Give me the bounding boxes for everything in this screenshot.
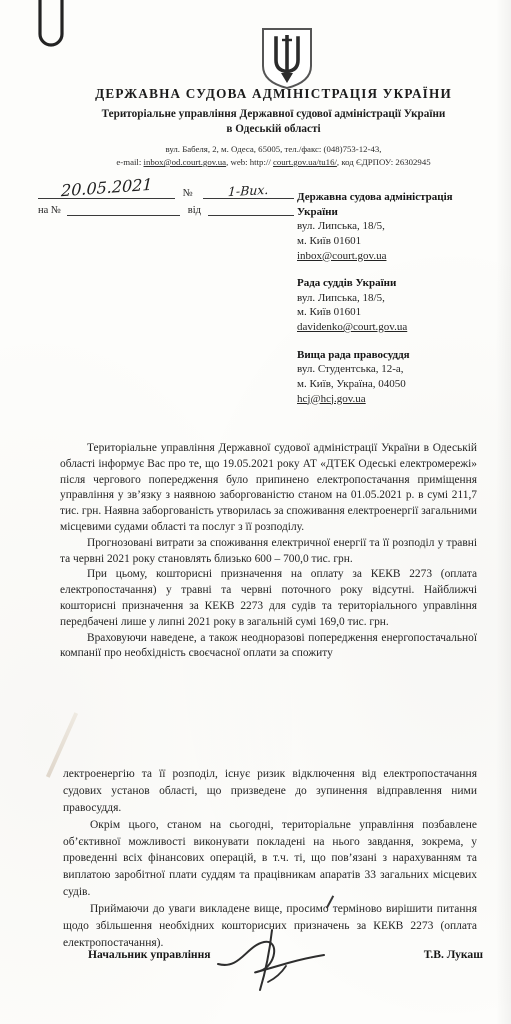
handwritten-date: 20.05.2021 xyxy=(60,175,152,201)
org-name: ДЕРЖАВНА СУДОВА АДМІНІСТРАЦІЯ УКРАЇНИ xyxy=(58,86,489,102)
body-text-page1: Територіальне управління Державної судов… xyxy=(60,441,477,662)
reply-date-field xyxy=(208,202,294,216)
contact-lines: вул. Бабеля, 2, м. Одеса, 65005, тел./фа… xyxy=(58,143,489,169)
recipient-email: inbox@court.gov.ua xyxy=(297,249,479,264)
paragraph: Враховуючи наведене, а також неодноразов… xyxy=(60,631,477,663)
letterhead: ДЕРЖАВНА СУДОВА АДМІНІСТРАЦІЯ УКРАЇНИ Те… xyxy=(58,86,489,169)
division-line1: Територіальне управління Державної судов… xyxy=(58,107,489,122)
recipients-list: Державна судова адміністрація України ву… xyxy=(297,190,479,419)
contact-line2: e-mail: inbox@od.court.gov.ua, web: http… xyxy=(58,156,489,169)
recipient-address1: вул. Студентська, 12-а, xyxy=(297,362,479,377)
org-email: inbox@od.court.gov.ua xyxy=(144,157,227,167)
reply-date-label: від xyxy=(188,205,201,216)
recipient-address1: вул. Липська, 18/5, xyxy=(297,219,479,234)
outgoing-date-field: 20.05.2021 xyxy=(38,178,175,199)
recipient-council-of-judges: Рада суддів України вул. Липська, 18/5, … xyxy=(297,276,479,335)
edrpou-label: , код ЄДРПОУ: xyxy=(337,157,396,167)
division-line2: в Одеській області xyxy=(58,122,489,137)
recipient-high-council-of-justice: Вища рада правосуддя вул. Студентська, 1… xyxy=(297,348,479,407)
signer-name: Т.В. Лукаш xyxy=(424,948,483,961)
recipient-dsa-ukraine: Державна судова адміністрація України ву… xyxy=(297,190,479,263)
ukraine-trident-emblem-icon xyxy=(255,26,319,95)
recipient-name: Державна судова адміністрація України xyxy=(297,190,479,219)
recipient-address2: м. Київ 01601 xyxy=(297,305,479,320)
reply-number-field xyxy=(67,202,180,216)
web-label: , web: http:// xyxy=(226,157,273,167)
body-text-page2: лектроенергію та її розподіл, існує ризи… xyxy=(63,766,477,952)
outgoing-number-field: 1-Вих. xyxy=(203,183,294,199)
recipient-address2: м. Київ, Україна, 04050 xyxy=(297,377,479,392)
email-label: e-mail: xyxy=(116,157,143,167)
handwritten-number: 1-Вих. xyxy=(228,182,269,199)
recipient-address2: м. Київ 01601 xyxy=(297,234,479,249)
recipient-name: Рада суддів України xyxy=(297,276,479,291)
paragraph: При цьому, кошторисні призначення на опл… xyxy=(60,567,477,630)
signer-position: Начальник управління xyxy=(88,948,211,961)
recipient-address1: вул. Липська, 18/5, xyxy=(297,291,479,306)
recipient-email: davidenko@court.gov.ua xyxy=(297,320,479,335)
org-website: court.gov.ua/tu16/ xyxy=(273,157,337,167)
recipient-email: hcj@hcj.gov.ua xyxy=(297,392,479,407)
paperclip-icon xyxy=(26,0,80,69)
paragraph: лектроенергію та її розподіл, існує ризи… xyxy=(63,766,477,817)
reference-block: 20.05.2021 № 1-Вих. на № від xyxy=(38,178,294,216)
paragraph: Територіальне управління Державної судов… xyxy=(60,441,477,536)
scanned-letter-page: ДЕРЖАВНА СУДОВА АДМІНІСТРАЦІЯ УКРАЇНИ Те… xyxy=(0,0,511,1024)
handwritten-signature xyxy=(212,926,332,1001)
edrpou-code: 26302945 xyxy=(395,157,430,167)
number-label: № xyxy=(183,188,193,199)
reply-number-label: на № xyxy=(38,205,61,216)
paragraph: Прогнозовані витрати за споживання елект… xyxy=(60,536,477,568)
paragraph: Окрім цього, станом на сьогодні, територ… xyxy=(63,817,477,901)
address-line: вул. Бабеля, 2, м. Одеса, 65005, тел./фа… xyxy=(58,143,489,156)
recipient-name: Вища рада правосуддя xyxy=(297,348,479,363)
